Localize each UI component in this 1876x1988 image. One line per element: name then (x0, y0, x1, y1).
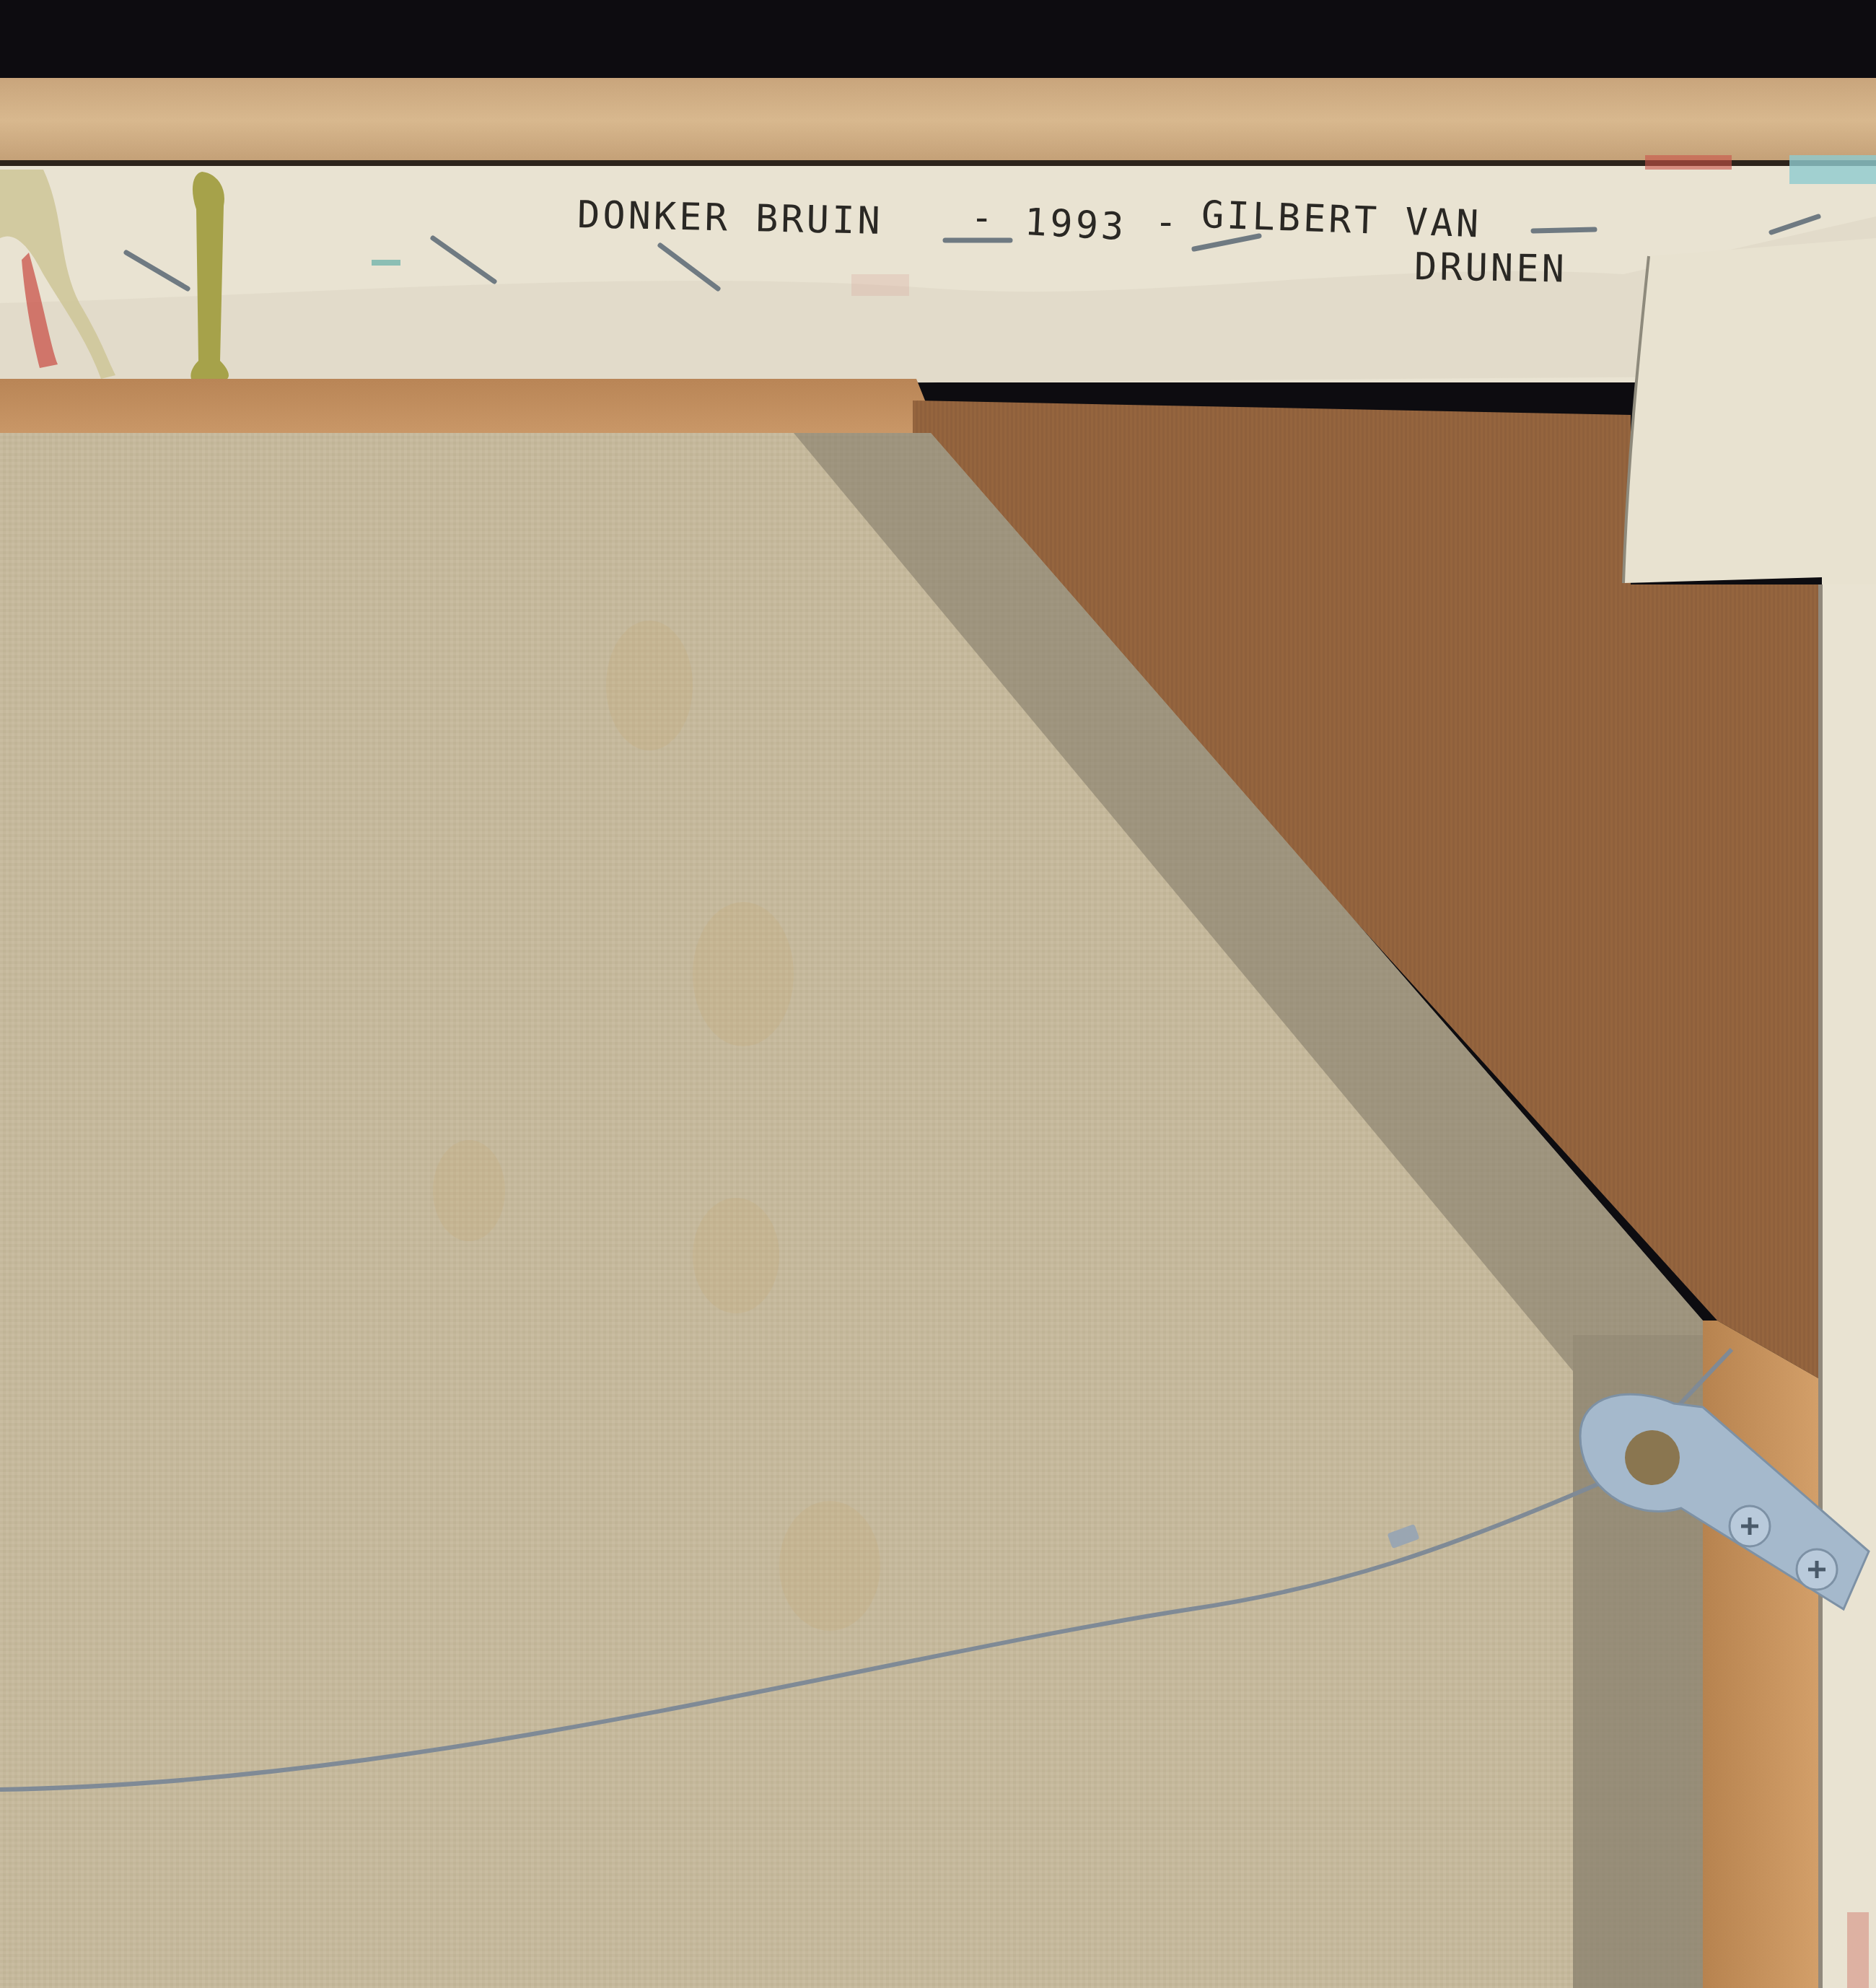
inscription-artist-line-2: DRUNEN (1413, 245, 1567, 292)
inscription-year: 1993 (1023, 201, 1127, 249)
inscription-title: DONKER BRUIN (577, 193, 883, 243)
stretcher-bar-top (0, 379, 938, 433)
stretcher-bar-right (1703, 1321, 1818, 1988)
dark-background (0, 0, 1876, 79)
canvas-turnover-right (1818, 584, 1876, 1988)
folded-canvas-corner (1623, 238, 1876, 584)
inscription-separator: - (970, 196, 996, 240)
scene-graphics (0, 0, 1876, 1988)
inscription-separator: - (1154, 201, 1180, 244)
frame-top-bar (0, 78, 1876, 163)
canvas-back-photo: DONKER BRUIN - 1993 - GILBERT VAN DRUNEN (0, 0, 1876, 1988)
